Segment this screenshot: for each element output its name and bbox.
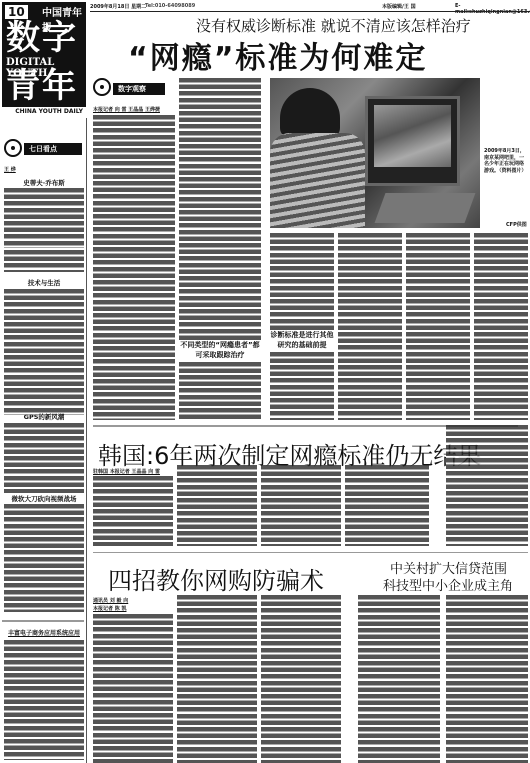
- fraud-byline-2: 本报记者 陈 凯: [93, 605, 126, 612]
- header-rule: [90, 11, 530, 12]
- mousepad: [375, 193, 476, 223]
- brief-text: [4, 640, 84, 760]
- editor-line: 本版编辑/王 国: [382, 3, 416, 10]
- fraud-text-col1: [93, 614, 173, 763]
- lead-headline: “网瘾”标准为何难定: [128, 33, 427, 77]
- sidebar-item-title: 史蒂夫·乔布斯: [4, 178, 84, 187]
- paper-name-en: CHINA YOUTH DAILY: [2, 106, 86, 115]
- lead-subhead-3: 诊断标准是进行其他研究的基础前提: [270, 330, 334, 350]
- lead-text-col4: [338, 233, 402, 420]
- photo-credit: CFP供图: [506, 222, 527, 229]
- target-icon: [93, 78, 111, 96]
- page-number: 10: [5, 5, 28, 19]
- sidebar-item-text: [4, 423, 84, 493]
- sidebar-item-title: GPS的新风潮: [4, 412, 84, 421]
- section-title-bottom: 青年: [6, 68, 78, 104]
- korea-byline: 驻韩国 本报记者 王晶晶 向 雷: [93, 468, 160, 475]
- section-rule-2: [93, 552, 528, 553]
- korea-text-col4: [345, 465, 429, 546]
- lead-byline: 本报记者 向 雷 王晶晶 王烨捷: [93, 106, 160, 113]
- korea-text-col3: [261, 465, 341, 546]
- lead-text-col2: [179, 78, 261, 420]
- news-photo: [270, 78, 480, 228]
- sidebar-author: 王 烨: [4, 166, 16, 173]
- sidebar-divider: [86, 118, 87, 763]
- sidebar-item-text: [4, 289, 84, 415]
- zgc-headline-line2: 科技型中小企业成主角: [383, 575, 513, 594]
- monitor: [365, 96, 460, 186]
- sidebar-item-text: [4, 504, 84, 612]
- korea-text-col1: [93, 476, 173, 546]
- phone: Tel:010-64098089: [145, 3, 195, 9]
- korea-text-col2: [177, 465, 257, 546]
- date-line: 2009年8月18日 星期二: [90, 3, 146, 10]
- sidebar-badge: 七日看点: [24, 143, 82, 155]
- lead-subhead-2: 不同类型的“网瘾患者”都可采取跟踪治疗: [179, 340, 261, 360]
- lead-text-col6: [474, 233, 528, 420]
- column-badge: 数字观察: [113, 83, 165, 95]
- boy-head: [280, 88, 340, 138]
- fraud-text-col3: [261, 595, 341, 763]
- zgc-text-col2: [446, 595, 528, 763]
- fraud-text-col2: [177, 595, 257, 763]
- sidebar-item-text: [4, 188, 84, 248]
- boy-shirt: [270, 133, 365, 228]
- masthead: 10 中国青年报 数字 DIGITAL YOUTH 青年 CHINA YOUTH…: [2, 2, 86, 115]
- sidebar-item-text: [4, 250, 84, 272]
- sidebar-rule: [2, 620, 84, 622]
- lead-text-col1: [93, 115, 175, 420]
- seven-day-badge-wrap: [4, 139, 22, 157]
- lead-text-col5: [406, 233, 470, 420]
- fraud-byline-1: 通讯员 刘 毅 向: [93, 597, 128, 604]
- game-screen: [374, 105, 451, 167]
- email: E-mail:shuzhiqingnian@163.com: [455, 3, 530, 15]
- fraud-headline: 四招教你网购防骗术: [108, 561, 324, 596]
- sidebar-item-title: 技术与生活: [4, 278, 84, 287]
- target-icon: [4, 139, 22, 157]
- column-badge-wrap: [93, 78, 111, 96]
- zgc-text-col1: [358, 595, 440, 763]
- brief-headline: 丰富电子商务应用系统应用: [2, 628, 86, 637]
- photo-caption: 2009年8月3日，南京某网吧里，一名少年正在玩网络游戏。（资料图片）: [484, 148, 528, 218]
- lead-text-col3: [270, 233, 334, 420]
- section-title-top: 数字: [6, 20, 78, 56]
- korea-text-col5: [446, 425, 528, 546]
- sidebar-item-title: 微软大刀砍向视频战场: [4, 494, 84, 503]
